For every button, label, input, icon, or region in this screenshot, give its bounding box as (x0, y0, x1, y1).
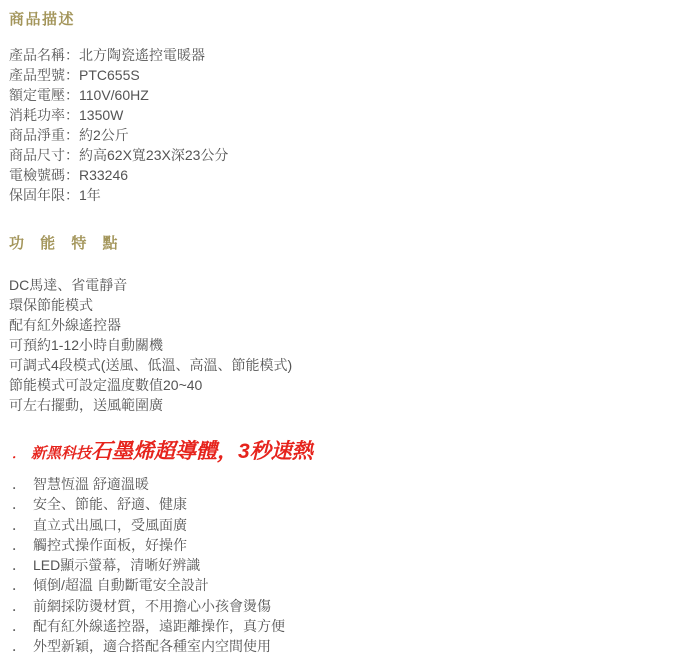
product-description-page: 商品描述 產品名稱：北方陶瓷遙控電暖器產品型號：PTC655S額定電壓：110V… (0, 0, 700, 662)
benefit-item: ．外型新穎，適合搭配各種室内空間使用 (9, 636, 690, 656)
spec-value: 1年 (79, 187, 101, 203)
bullet-dot: ． (12, 575, 26, 595)
highlight-line: ．新黑科技石墨烯超導體，3秒速熱 (9, 439, 690, 467)
bullet-dot: ． (12, 616, 26, 636)
highlight-prefix-text: 新黑科技 (31, 445, 91, 462)
spec-value: 約2公斤 (79, 127, 129, 143)
benefit-item: ．智慧恆溫 舒適溫暖 (9, 474, 690, 494)
benefit-item: ．觸控式操作面板，好操作 (9, 535, 690, 555)
spec-label: 電檢號碼： (9, 167, 79, 183)
spec-row: 產品型號：PTC655S (9, 65, 690, 85)
benefit-text: LED顯示螢幕，清晰好辨識 (33, 557, 200, 573)
spec-value: R33246 (79, 167, 128, 183)
feature-item: 環保節能模式 (9, 295, 690, 315)
benefit-text: 智慧恆溫 舒適溫暖 (33, 476, 149, 492)
spec-row: 保固年限：1年 (9, 185, 690, 205)
benefit-item: ．配有紅外線遙控器，遠距離操作，真方便 (9, 616, 690, 636)
feature-item: DC馬達、省電靜音 (9, 275, 690, 295)
benefit-item: ．LED顯示螢幕，清晰好辨識 (9, 555, 690, 575)
spec-label: 產品名稱： (9, 47, 79, 63)
spec-value: 1350W (79, 107, 123, 123)
spec-list: 產品名稱：北方陶瓷遙控電暖器產品型號：PTC655S額定電壓：110V/60HZ… (9, 45, 690, 205)
bullet-dot: ． (12, 494, 26, 514)
bullet-dot: ． (12, 636, 26, 656)
benefit-item: ．直立式出風口，受風面廣 (9, 515, 690, 535)
feature-item: 可調式4段模式(送風、低溫、高溫、節能模式) (9, 355, 690, 375)
spec-label: 商品尺寸： (9, 147, 79, 163)
bullet-dot: ． (12, 555, 26, 575)
spec-row: 商品淨重：約2公斤 (9, 125, 690, 145)
spec-label: 產品型號： (9, 67, 79, 83)
highlight-emphasis-text: 石墨烯超導體，3秒速熱 (91, 440, 313, 463)
feature-item: 配有紅外線遙控器 (9, 315, 690, 335)
spec-value: 約高62X寬23X深23公分 (79, 147, 228, 163)
benefit-item: ．安全、節能、舒適、健康 (9, 494, 690, 514)
bullet-dot: ． (12, 535, 26, 555)
feature-item: 可預約1-12小時自動關機 (9, 335, 690, 355)
benefit-item: ．前網採防燙材質，不用擔心小孩會燙傷 (9, 596, 690, 616)
benefit-text: 配有紅外線遙控器，遠距離操作，真方便 (33, 618, 285, 634)
bullet-dot: ． (12, 596, 26, 616)
section-title-features: 功 能 特 點 (9, 232, 690, 253)
spec-label: 保固年限： (9, 187, 79, 203)
benefit-text: 安全、節能、舒適、健康 (33, 496, 187, 512)
spec-row: 電檢號碼：R33246 (9, 165, 690, 185)
benefit-item: ．傾倒/超溫 自動斷電安全設計 (9, 575, 690, 595)
feature-list-bulleted: ．智慧恆溫 舒適溫暖．安全、節能、舒適、健康．直立式出風口，受風面廣．觸控式操作… (9, 474, 690, 657)
spec-label: 額定電壓： (9, 87, 79, 103)
feature-item: 節能模式可設定溫度數值20~40 (9, 375, 690, 395)
spec-row: 消耗功率：1350W (9, 105, 690, 125)
bullet-dot: ． (12, 515, 26, 535)
spec-label: 商品淨重： (9, 127, 79, 143)
section-title-description: 商品描述 (9, 8, 690, 29)
spec-value: PTC655S (79, 67, 140, 83)
spec-row: 產品名稱：北方陶瓷遙控電暖器 (9, 45, 690, 65)
spec-row: 額定電壓：110V/60HZ (9, 85, 690, 105)
bullet-dot: ． (12, 474, 26, 494)
spec-label: 消耗功率： (9, 107, 79, 123)
spec-value: 北方陶瓷遙控電暖器 (79, 47, 205, 63)
highlight-bullet-dot: ． (12, 441, 25, 467)
spec-row: 商品尺寸：約高62X寬23X深23公分 (9, 145, 690, 165)
benefit-text: 傾倒/超溫 自動斷電安全設計 (33, 577, 209, 593)
benefit-text: 直立式出風口，受風面廣 (33, 517, 187, 533)
benefit-text: 觸控式操作面板，好操作 (33, 537, 187, 553)
feature-item: 可左右擺動，送風範圍廣 (9, 395, 690, 415)
benefit-text: 外型新穎，適合搭配各種室内空間使用 (33, 638, 271, 654)
spec-value: 110V/60HZ (79, 87, 149, 103)
benefit-text: 前網採防燙材質，不用擔心小孩會燙傷 (33, 598, 271, 614)
feature-list-plain: DC馬達、省電靜音環保節能模式配有紅外線遙控器可預約1-12小時自動關機可調式4… (9, 275, 690, 415)
